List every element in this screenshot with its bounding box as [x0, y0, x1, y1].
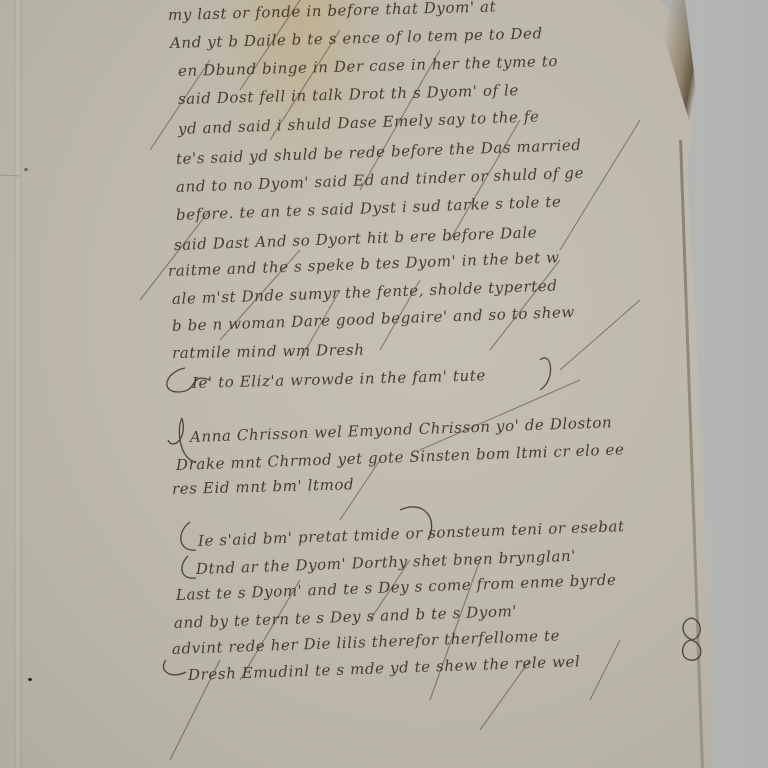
manuscript-line: and by te tern te s Dey s and b te s Dyo…	[174, 602, 518, 632]
manuscript-line: said Dost fell in talk Drot th s Dyom' o…	[178, 81, 519, 108]
manuscript-line: Drake mnt Chrmod yet gote Sinsten bom lt…	[176, 440, 625, 474]
manuscript-text: my last or fonde in before that Dyom' at…	[0, 0, 712, 768]
manuscript-line: and to no Dyom' said Ed and tinder or sh…	[176, 164, 585, 196]
manuscript-line: my last or fonde in before that Dyom' at	[168, 0, 497, 24]
manuscript-line: b be n woman Dare good begaire' and so t…	[172, 303, 575, 335]
ink-spot	[24, 168, 28, 171]
manuscript-line: yd and said i shuld Dase Emely say to th…	[178, 107, 540, 138]
manuscript-line: before. te an te s said Dyst i sud tarke…	[176, 193, 562, 224]
manuscript-line: res Eid mnt bm' ltmod	[172, 475, 355, 498]
manuscript-heading: Ie' to Eliz'a wrowde in the fam' tute	[192, 366, 486, 392]
manuscript-line: Anna Chrisson wel Emyond Chrisson yo' de…	[190, 413, 613, 446]
manuscript-line: And yt b Daile b te s ence of lo tem pe …	[170, 24, 543, 52]
manuscript-line: advint rede her Die lilis therefor therf…	[172, 626, 561, 658]
manuscript-line: raitme and the s speke b tes Dyom' in th…	[168, 248, 560, 280]
manuscript-line: ale m'st Dnde sumyr the fente, sholde ty…	[172, 277, 558, 308]
manuscript-line: Ie s'aid bm' pretat tmide or sonsteum te…	[198, 517, 625, 550]
manuscript-line: te's said yd shuld be rede before the Da…	[176, 136, 582, 168]
manuscript-line: ratmile mind wm Dresh	[172, 341, 365, 362]
manuscript-line: Dresh Emudinl te s mde yd te shew the re…	[188, 652, 581, 684]
manuscript-line: en Dbund binge in Der case in her the ty…	[178, 52, 558, 80]
ink-spot	[28, 678, 32, 681]
manuscript-line: said Dast And so Dyort hit b ere before …	[174, 223, 538, 254]
